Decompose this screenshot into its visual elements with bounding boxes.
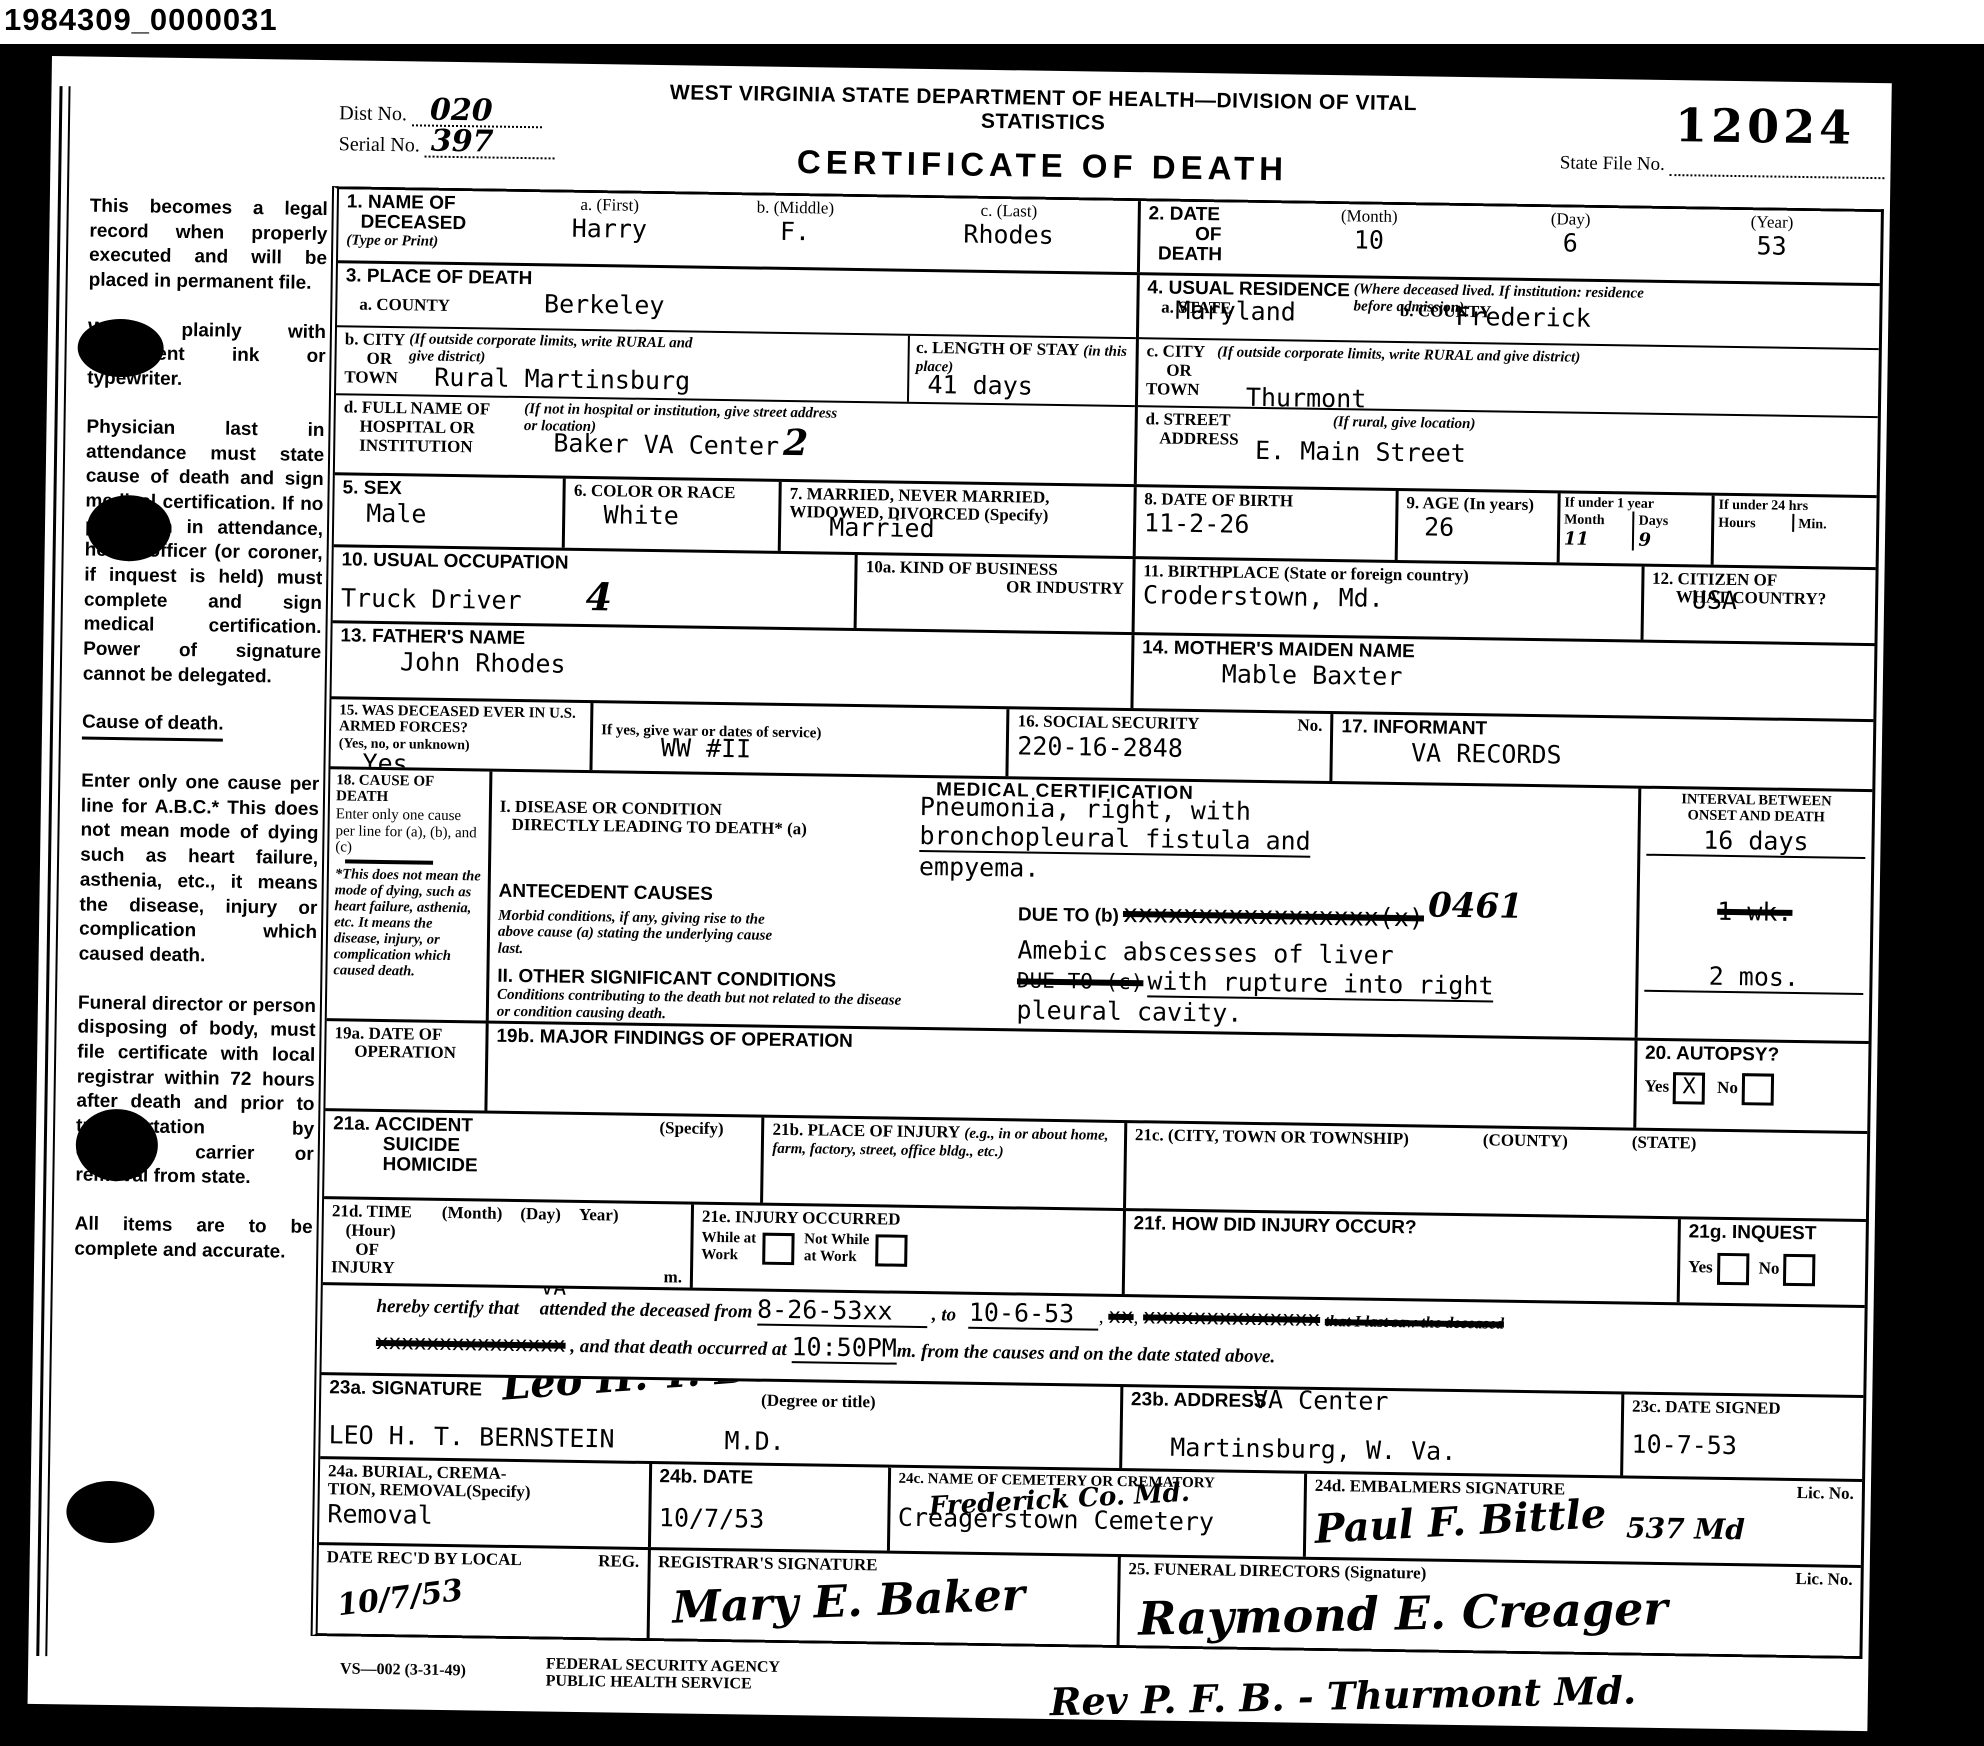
pod-hospital-label: d. FULL NAME OF HOSPITAL OR INSTITUTION: [343, 398, 490, 457]
name-first: a. (First) Harry: [516, 195, 703, 263]
margin-paragraph: Enter only one cause per line for A.B.C.…: [78, 770, 319, 971]
antecedent-right: DUE TO (b) xxxxxxxxxxxxxxxxx(x) 0461 Ame…: [1016, 889, 1628, 1036]
res-street-label: d. STREET ADDRESS: [1145, 410, 1239, 449]
res-state-county-values: a. STATE Maryland b. COUNTY Frederick: [1147, 289, 1872, 329]
field-mother: 14. MOTHER'S MAIDEN NAME Mable Baxter: [1133, 635, 1874, 719]
antecedent-block: ANTECEDENT CAUSES Morbid conditions, if …: [497, 882, 1629, 1037]
embalmer-lic-no: 537 Md: [1626, 1512, 1745, 1547]
res-city: c. CITY OR TOWN (If outside corporate li…: [1138, 339, 1879, 418]
field-business: 10a. KIND OF BUSINESS OR INDUSTRY: [857, 555, 1136, 632]
field-date-signed: 23c. DATE SIGNED 10-7-53: [1623, 1394, 1863, 1479]
certificate-form: Dist No. 020 Serial No. 397 WEST VIRGINI…: [309, 74, 1885, 1746]
row-medical-certification: 18. CAUSE OF DEATH Enter only one cause …: [327, 769, 1873, 1044]
serial-no-rule: 397: [425, 136, 555, 160]
antecedent-left: ANTECEDENT CAUSES Morbid conditions, if …: [497, 882, 1019, 1028]
field-cemetery: 24c. NAME OF CEMETERY OR CREMATORY Frede…: [889, 1468, 1307, 1557]
field-autopsy: 20. AUTOPSY? Yes X No: [1636, 1041, 1869, 1131]
dist-no-label: Dist No.: [339, 102, 407, 125]
field-burial-date: 24b. DATE 10/7/53: [650, 1464, 890, 1551]
margin-cause-heading: Cause of death.: [82, 711, 320, 749]
field-war-service: If yes, give war or dates of service) WW…: [593, 703, 1010, 776]
field-date-of-operation: 19a. DATE OF OPERATION: [325, 1021, 488, 1110]
disease-value: Pneumonia, right, with bronchopleural fi…: [919, 792, 1312, 887]
due-to-b-line: DUE TO (b) xxxxxxxxxxxxxxxxx(x) 0461: [1018, 889, 1629, 938]
embalmer-signature-line: Paul F. Bittle 537 Md: [1314, 1496, 1854, 1551]
field-injury-occurred: 21e. INJURY OCCURRED While atWork Not Wh…: [693, 1205, 1126, 1294]
section-usual-residence: 4. USUAL RESIDENCE (Where deceased lived…: [1137, 275, 1880, 495]
scan-id: 1984309_0000031: [4, 2, 278, 38]
name-middle: b. (Middle) F.: [702, 198, 889, 266]
pod-city-label: b. CITY OR TOWN: [344, 330, 405, 388]
res-street: d. STREET ADDRESS (If rural, give locati…: [1137, 407, 1878, 494]
signature-typed-line: LEO H. T. BERNSTEIN M.D.: [328, 1420, 1111, 1461]
pod-county: 3. PLACE OF DEATH a. COUNTY Berkeley: [337, 263, 1137, 339]
state-file-block: 12024 State File No.: [1484, 91, 1885, 179]
field-injury-city: 21c. (CITY, TOWN OR TOWNSHIP) (COUNTY) (…: [1126, 1123, 1867, 1219]
dod-day: (Day) 6: [1469, 209, 1671, 277]
not-while-at-work-checkbox: [875, 1235, 907, 1267]
inquest-options: Yes No: [1688, 1252, 1857, 1287]
age-under24-hours: Hours: [1718, 513, 1794, 532]
department-title: WEST VIRGINIA STATE DEPARTMENT OF HEALTH…: [633, 81, 1454, 141]
injury-occurred-options: While atWork Not Whileat Work: [701, 1230, 1114, 1270]
state-file-rule: [1669, 154, 1884, 179]
pod-length-of-stay: c. LENGTH OF STAY (in this place) 41 day…: [907, 336, 1136, 405]
field-marital: 7. MARRIED, NEVER MARRIED, WIDOWED, DIVO…: [781, 482, 1137, 556]
field-age: 9. AGE (In years) 26: [1398, 491, 1561, 562]
row-pod-residence: 3. PLACE OF DEATH a. COUNTY Berkeley b. …: [335, 263, 1880, 498]
dod-label: 2. DATE OF DEATH: [1148, 204, 1269, 271]
age-under24-cols: Hours Min.: [1718, 513, 1872, 534]
autopsy-no-checkbox: [1742, 1073, 1774, 1105]
field-birthplace: 11. BIRTHPLACE (State or foreign country…: [1134, 559, 1644, 640]
field-funeral-director: 25. FUNERAL DIRECTORS (Signature) Lic. N…: [1119, 1557, 1860, 1656]
cod-side-notes: 18. CAUSE OF DEATH Enter only one cause …: [327, 769, 493, 1020]
field-signature-address: 23b. ADDRESS VA Center Martinsburg, W. V…: [1122, 1387, 1624, 1475]
serial-no-label: Serial No.: [339, 133, 420, 156]
cod-divider: [345, 859, 433, 864]
ink-blot: [66, 1480, 155, 1543]
name-last: c. (Last) Rhodes: [887, 200, 1129, 269]
while-at-work: While atWork: [701, 1230, 756, 1265]
other-conditions: II. OTHER SIGNIFICANT CONDITIONS Conditi…: [497, 967, 1017, 1028]
age-under1-month: Month 11: [1564, 511, 1635, 551]
agency-block: FEDERAL SECURITY AGENCY PUBLIC HEALTH SE…: [545, 1656, 780, 1735]
field-registrar-signature: REGISTRAR'S SIGNATURE Mary E. Baker: [649, 1550, 1121, 1645]
state-file-stamp: 12024: [1485, 95, 1856, 154]
field-informant: 17. INFORMANT VA RECORDS: [1333, 714, 1874, 789]
field-age-under1: If under 1 year Month 11 Days 9: [1560, 493, 1715, 564]
margin-paragraph: All items are to be complete and accurat…: [74, 1213, 313, 1266]
field-embalmer: 24d. EMBALMERS SIGNATURE Lic. No. Paul F…: [1306, 1474, 1862, 1565]
form-table: 1. NAME OF DECEASED (Type or Print) a. (…: [311, 186, 1884, 1659]
certificate-paper: This becomes a legal record when properl…: [28, 56, 1892, 1731]
pod-city: b. CITY OR TOWN (If outside corporate li…: [336, 327, 908, 401]
disease-label: I. DISEASE OR CONDITION DIRECTLY LEADING…: [499, 798, 807, 839]
res-city-label: c. CITY OR TOWN: [1146, 342, 1205, 400]
field-inquest: 21g. INQUEST Yes No: [1680, 1219, 1866, 1305]
embalmer-signature-script: Paul F. Bittle: [1313, 1490, 1607, 1553]
field-place-of-injury: 21b. PLACE OF INJURY (e.g., in or about …: [764, 1118, 1128, 1208]
field-armed-forces: 15. WAS DECEASED EVER IN U.S. ARMED FORC…: [330, 699, 593, 770]
age-under1-days: Days 9: [1634, 512, 1707, 552]
interval-crossed: 1 wk.: [1645, 896, 1865, 928]
autopsy-yes-checkbox: X: [1673, 1072, 1705, 1104]
age-under1-cols: Month 11 Days 9: [1564, 511, 1708, 552]
field-ssn: 16. SOCIAL SECURITY No. 220-16-2848: [1009, 709, 1334, 781]
field-occupation: 10. USUAL OCCUPATION Truck Driver 4: [333, 547, 858, 628]
certificate-title: CERTIFICATE OF DEATH: [632, 141, 1452, 191]
field-name-of-deceased: 1. NAME OF DECEASED (Type or Print) a. (…: [338, 189, 1141, 272]
serial-no-value: 397: [431, 124, 494, 160]
registrar-signature-script: Mary E. Baker: [671, 1567, 1110, 1634]
paper-binding-line: [36, 86, 70, 1656]
title-block: WEST VIRGINIA STATE DEPARTMENT OF HEALTH…: [632, 81, 1453, 191]
field-date-received: DATE REC'D BY LOCAL REG. 10/7/53: [318, 1545, 651, 1638]
field-sex: 5. SEX Male: [334, 475, 566, 547]
field-signature: 23a. SIGNATURE Leo H. T. Bernstein (Degr…: [320, 1375, 1123, 1468]
medical-certification: MEDICAL CERTIFICATION I. DISEASE OR COND…: [489, 772, 1641, 1038]
state-file-label: State File No.: [1560, 152, 1665, 175]
field-age-under24: If under 24 hrs Hours Min.: [1714, 496, 1877, 567]
state-file-line: State File No.: [1484, 151, 1884, 179]
funeral-director-signature-script: Raymond E. Creager: [1137, 1577, 1852, 1645]
ink-blot: [77, 318, 164, 377]
field-major-findings: 19b. MAJOR FINDINGS OF OPERATION: [487, 1024, 1637, 1128]
field-time-of-injury: 21d. TIME (Month) (Day) Year) (Hour) OF …: [323, 1199, 694, 1287]
age-under24-min: Min.: [1794, 514, 1872, 534]
form-footer: VS—002 (3-31-49) FEDERAL SECURITY AGENCY…: [309, 1644, 1862, 1746]
interval-column: INTERVAL BETWEEN ONSET AND DEATH 16 days…: [1637, 789, 1872, 1041]
field-date-of-death: 2. DATE OF DEATH (Month) 10 (Day) 6: [1140, 201, 1881, 283]
dod-year: (Year) 53: [1671, 212, 1873, 280]
field-how-injury-occurred: 21f. HOW DID INJURY OCCUR?: [1125, 1211, 1681, 1302]
field-accident-suicide: 21a. ACCIDENT (Specify) SUICIDE HOMICIDE: [324, 1111, 765, 1203]
field-father: 13. FATHER'S NAME John Rhodes: [332, 623, 1135, 708]
res-state-county: 4. USUAL RESIDENCE (Where deceased lived…: [1139, 275, 1880, 350]
autopsy-options: Yes X No: [1644, 1072, 1860, 1107]
field-race: 6. COLOR OR RACE White: [565, 479, 782, 551]
scan-page: 1984309_0000031 This becomes a legal rec…: [0, 0, 1984, 1746]
inquest-yes-checkbox: [1716, 1253, 1748, 1285]
disease-block: I. DISEASE OR CONDITION DIRECTLY LEADING…: [499, 794, 1630, 899]
field-burial-removal: 24a. BURIAL, CREMA- TION, REMOVAL(Specif…: [319, 1459, 652, 1547]
pod-hospital: d. FULL NAME OF HOSPITAL OR INSTITUTION …: [335, 395, 1135, 483]
funeral-director-note-script: Rev P. F. B. - Thurmont Md.: [1049, 1667, 1636, 1724]
dod-month: (Month) 10: [1268, 206, 1470, 274]
name-label: 1. NAME OF DECEASED (Type or Print): [346, 192, 517, 260]
inquest-no-checkbox: [1783, 1254, 1815, 1286]
scan-header-band: 1984309_0000031: [0, 0, 1984, 44]
form-number: VS—002 (3-31-49): [339, 1660, 466, 1730]
while-at-work-checkbox: [762, 1233, 794, 1265]
pod-city-stay: b. CITY OR TOWN (If outside corporate li…: [336, 327, 1136, 407]
field-citizen: 12. CITIZEN OF WHAT COUNTRY? USA: [1643, 567, 1875, 643]
section-place-of-death: 3. PLACE OF DEATH a. COUNTY Berkeley b. …: [335, 263, 1140, 484]
not-while-at-work: Not Whileat Work: [804, 1232, 870, 1267]
margin-paragraph: This becomes a legal record when properl…: [88, 195, 327, 297]
field-date-of-birth: 8. DATE OF BIRTH 11-2-26: [1136, 487, 1399, 560]
